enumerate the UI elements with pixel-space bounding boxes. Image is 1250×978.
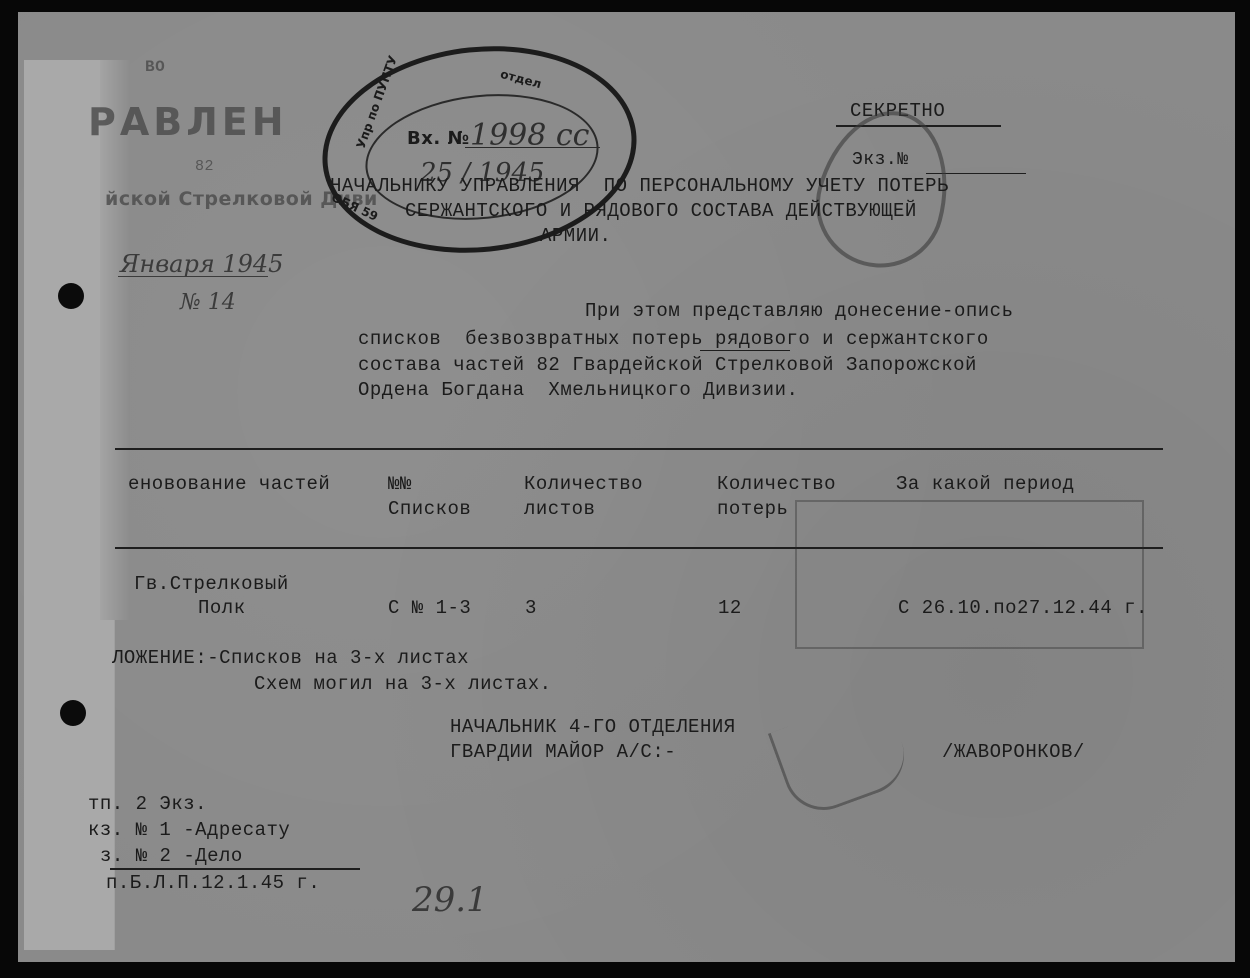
distribution-line3: з. № 2 -Дело	[100, 845, 243, 867]
signatory-name: /ЖАВОРОНКОВ/	[942, 741, 1085, 763]
body-line4: Ордена Богдана Хмельницкого Дивизии.	[358, 379, 798, 401]
distribution-line1: тп. 2 Экз.	[88, 793, 207, 815]
table-header-losses-2: потерь	[717, 498, 788, 520]
body-underline-poter	[700, 350, 790, 351]
addressee-line1: НАЧАЛЬНИКУ УПРАВЛЕНИЯ ПО ПЕРСОНАЛЬНОМУ У…	[330, 175, 949, 197]
signature-title-line2: ГВАРДИИ МАЙОР А/С:-	[450, 741, 676, 763]
table-header-losses: Количество	[717, 473, 836, 495]
table-row-lists: С № 1-3	[388, 597, 471, 619]
distribution-rule	[110, 868, 360, 870]
table-header-lists-no: №№	[388, 473, 412, 495]
table-row-losses: 12	[718, 597, 742, 619]
table-header-unit: еновование частей	[128, 473, 330, 495]
table-row-unit-line1: Гв.Стрелковый	[134, 573, 289, 595]
faint-stamp-box	[795, 500, 1144, 649]
table-header-sheets-2: листов	[524, 498, 595, 520]
torn-edge-shadow	[100, 60, 130, 620]
punch-hole	[58, 283, 84, 309]
stamp-vx-underline	[465, 147, 600, 148]
body-line1: При этом представляю донесение-опись	[585, 300, 1013, 322]
attachment-line2: Схем могил на 3-х листах.	[254, 673, 552, 695]
table-row-period: С 26.10.по27.12.44 г.	[898, 597, 1148, 619]
letterhead-title: РАВЛЕН	[88, 100, 288, 144]
body-line3: состава частей 82 Гвардейской Стрелковой…	[358, 354, 977, 376]
distribution-line4: п.Б.Л.П.12.1.45 г.	[106, 872, 320, 894]
date-underline	[118, 276, 268, 277]
handwritten-bottom-number: 29.1	[412, 880, 488, 920]
table-row-unit-line2: Полк	[198, 597, 246, 619]
table-row-sheets: 3	[525, 597, 537, 619]
letterhead-number: № 14	[180, 290, 236, 315]
table-top-rule	[115, 448, 1163, 450]
table-header-sheets: Количество	[524, 473, 643, 495]
letterhead-line1: ВО	[145, 58, 165, 76]
table-header-period: За какой период	[896, 473, 1075, 495]
addressee-line2: СЕРЖАНТСКОГО И РЯДОВОГО СОСТАВА ДЕЙСТВУЮ…	[405, 200, 917, 222]
letterhead-date: Января 1945	[120, 250, 283, 278]
addressee-line3: АРМИИ.	[540, 225, 611, 247]
body-line2: списков безвозвратных потерь рядового и …	[358, 328, 989, 350]
distribution-line2: кз. № 1 -Адресату	[88, 819, 290, 841]
signature-title-line1: НАЧАЛЬНИК 4-ГО ОТДЕЛЕНИЯ	[450, 716, 736, 738]
attachment-line1: ЛОЖЕНИЕ:-Списков на 3-х листах	[112, 647, 469, 669]
table-header-lists: Списков	[388, 498, 471, 520]
letterhead-division-number: 82	[195, 158, 214, 175]
punch-hole	[60, 700, 86, 726]
stamp-vx-label: Вх. №	[407, 128, 470, 149]
